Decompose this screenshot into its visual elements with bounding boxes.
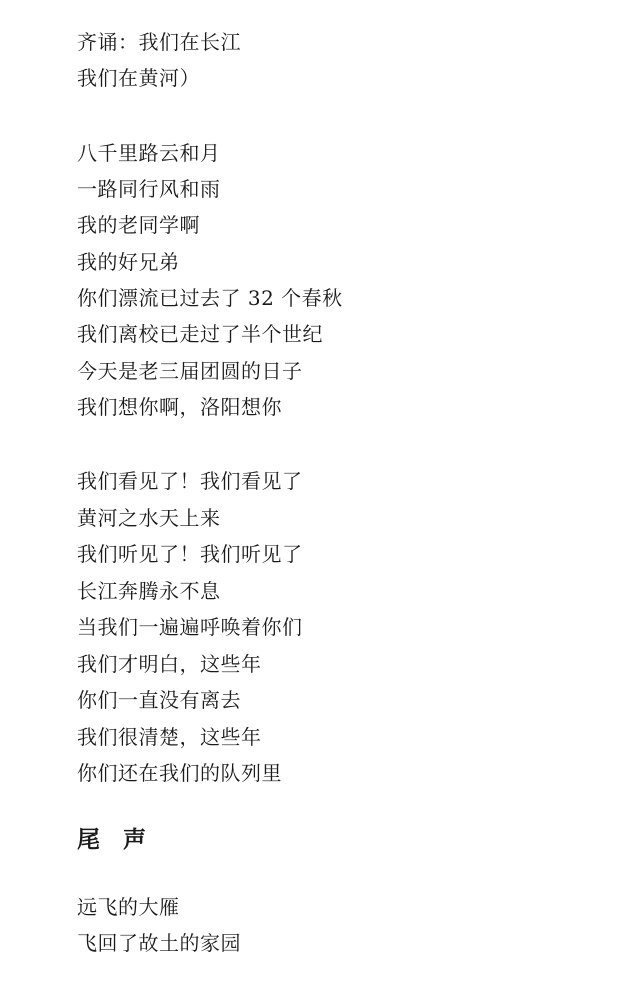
poem-line: 黄河之水天上来 — [77, 506, 221, 530]
poem-line: 我们才明白，这些年 — [77, 652, 262, 676]
poem-line-chorus-2: 我们在黄河） — [77, 66, 200, 90]
poem-line: 我们想你啊，洛阳想你 — [77, 395, 282, 419]
poem-line: 你们漂流已过去了 32 个春秋 — [77, 286, 343, 310]
epilogue-line: 远飞的大雁 — [77, 895, 180, 919]
poem-line: 长江奔腾永不息 — [77, 579, 221, 603]
poem-line: 我的老同学啊 — [77, 213, 200, 237]
poem-line: 我们离校已走过了半个世纪 — [77, 322, 323, 346]
epilogue-line: 飞回了故土的家园 — [77, 931, 241, 955]
poem-line: 你们还在我们的队列里 — [77, 761, 282, 785]
poem-line-chorus-1: 齐诵：我们在长江 — [77, 30, 241, 54]
poem-line: 当我们一遍遍呼唤着你们 — [77, 615, 303, 639]
poem-line: 八千里路云和月 — [77, 141, 221, 165]
poem-line: 一路同行风和雨 — [77, 177, 221, 201]
poem-line: 我们听见了！我们听见了 — [77, 542, 303, 566]
poem-line: 我们看见了！我们看见了 — [77, 469, 303, 493]
poem-line: 我们很清楚，这些年 — [77, 725, 262, 749]
section-heading-epilogue: 尾 声 — [77, 826, 146, 854]
poem-line: 你们一直没有离去 — [77, 688, 241, 712]
poem-line: 今天是老三届团圆的日子 — [77, 359, 303, 383]
poem-line: 我的好兄弟 — [77, 250, 180, 274]
document-page: 齐诵：我们在长江 我们在黄河） 八千里路云和月 一路同行风和雨 我的老同学啊 我… — [77, 0, 640, 986]
